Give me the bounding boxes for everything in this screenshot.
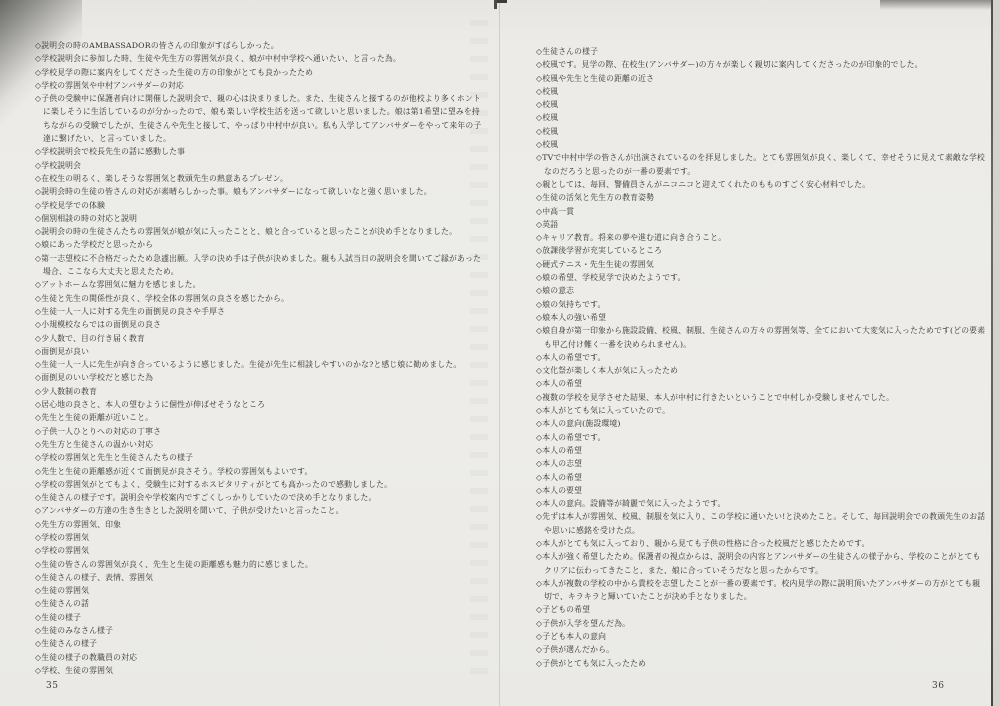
bullet-item: ◇校風や先生と生徒の距離の近さ (536, 72, 987, 85)
bullet-item: ◇学校の雰囲気や中村アンバサダーの対応 (35, 79, 487, 92)
bullet-item: ◇硬式テニス・先生生徒の雰囲気 (536, 258, 987, 271)
bullet-item: ◇校風です。見学の際、在校生(アンバサダー)の方々が楽しく親切に案内してくださっ… (536, 58, 987, 71)
bullet-item: ◇本人の要望 (536, 484, 987, 497)
page-number-right: 36 (932, 681, 944, 691)
bullet-item: ◇子どもの希望 (536, 603, 987, 616)
bullet-item: ◇先生方の雰囲気、印象 (35, 518, 487, 531)
bullet-item: ◇文化祭が楽しく本人が気に入ったため (536, 364, 987, 377)
bullet-item: ◇生徒の皆さんの雰囲気が良く、先生と生徒の距離感も魅力的に感じました。 (35, 558, 487, 571)
bullet-item: ◇学校説明会に参加した時、生徒や先生方の雰囲気が良く、娘が中村中学校へ通いたい、… (35, 52, 487, 65)
bullet-item: ◇校風 (536, 125, 987, 138)
bullet-item: ◇生徒と先生の関係性が良く、学校全体の雰囲気の良さを感じたから。 (35, 292, 487, 305)
bullet-item: ◇子供の受験中に保護者向けに開催した説明会で、親の心は決まりました。また、生徒さ… (35, 92, 487, 145)
bullet-item: ◇生徒一人一人に先生が向き合っているように感じました。生徒が先生に相談しやすいの… (35, 358, 487, 371)
bullet-item: ◇個別相談の時の対応と説明 (35, 212, 487, 225)
bullet-item: ◇本人の希望 (536, 471, 987, 484)
bullet-item: ◇本人が複数の学校の中から貴校を志望したことが一番の要素です。校内見学の際に説明… (536, 577, 987, 604)
bullet-item: ◇説明会の時の生徒さんたちの雰囲気が娘が気に入ったことと、娘と合っていると思った… (35, 225, 487, 238)
bullet-item: ◇面倒見が良い (35, 345, 487, 358)
bullet-item: ◇学校の雰囲気 (35, 544, 487, 557)
bullet-item: ◇校風 (536, 111, 987, 124)
scanned-document-spread: ◇説明会の時のAMBASSADORの皆さんの印象がすばらしかった。◇学校説明会に… (0, 0, 1000, 706)
bullet-item: ◇生徒の雰囲気 (35, 584, 487, 597)
bullet-item: ◇学校見学の際に案内をしてくださった生徒の方の印象がとても良かったため (35, 66, 487, 79)
bullet-item: ◇生徒の様子の教職員の対応 (35, 651, 487, 664)
bullet-item: ◇小規模校ならではの面倒見の良さ (35, 318, 487, 331)
bullet-item: ◇校風 (536, 98, 987, 111)
bullet-item: ◇娘の希望、学校見学で決めたようです。 (536, 271, 987, 284)
bullet-item: ◇娘本人の強い希望 (536, 311, 987, 324)
bullet-item: ◇複数の学校を見学させた結果、本人が中村に行きたいということで中村しか受験しませ… (536, 391, 987, 404)
bullet-item: ◇本人が強く希望したため。保護者の視点からは、説明会の内容とアンバサダーの生徒さ… (536, 550, 987, 577)
bullet-item: ◇学校見学での体験 (35, 199, 487, 212)
bullet-item: ◇生徒さんの様子 (35, 637, 487, 650)
bullet-item: ◇説明会時の生徒の皆さんの対応が素晴らしかった事。娘もアンバサダーになって欲しい… (35, 185, 487, 198)
bullet-item: ◇キャリア教育。将来の夢や進む道に向き合うこと。 (536, 231, 987, 244)
bullet-item: ◇生徒一人一人に対する先生の面倒見の良さや手厚さ (35, 305, 487, 318)
bullet-item: ◇本人の意向。設備等が綺麗で気に入ったようです。 (536, 497, 987, 510)
bullet-item: ◇本人の希望 (536, 444, 987, 457)
bullet-item: ◇先ずは本人が雰囲気、校風、制服を気に入り、この学校に通いたい!と決めたこと。そ… (536, 510, 987, 537)
bullet-item: ◇学校、生徒の雰囲気 (35, 664, 487, 677)
bullet-item: ◇面倒見のいい学校だと感じた為 (35, 371, 487, 384)
bullet-item: ◇本人がとても気に入っており、親から見ても子供の性格に合った校風だと感じたためで… (536, 537, 987, 550)
bullet-item: ◇生徒さんの様子 (536, 45, 987, 58)
bullet-item: ◇説明会の時のAMBASSADORの皆さんの印象がすばらしかった。 (35, 39, 487, 52)
bullet-item: ◇中高一貫 (536, 205, 987, 218)
bullet-item: ◇子ども本人の意向 (536, 630, 987, 643)
bullet-item: ◇少人数で、目の行き届く教育 (35, 332, 487, 345)
scan-right-edge-band (992, 0, 1000, 706)
bullet-item: ◇学校説明会で校長先生の話に感動した事 (35, 145, 487, 158)
bullet-item: ◇学校の雰囲気がとてもよく、受験生に対するホスピタリティがとても高かったので感動… (35, 478, 487, 491)
bullet-item: ◇先生と生徒の距離が近いこと。 (35, 411, 487, 424)
bullet-item: ◇少人数制の教育 (35, 385, 487, 398)
bullet-item: ◇先生と生徒の距離感が近くて面倒見が良さそう。学校の雰囲気もよいです。 (35, 465, 487, 478)
bullet-item: ◇学校の雰囲気と先生と生徒さんたちの様子 (35, 451, 487, 464)
bullet-item: ◇子供一人ひとりへの対応の丁寧さ (35, 425, 487, 438)
bullet-item: ◇本人の志望 (536, 457, 987, 470)
bullet-item: ◇娘にあった学校だと思ったから (35, 238, 487, 251)
scan-right-edge-line (991, 0, 993, 706)
bullet-item: ◇校風 (536, 138, 987, 151)
bullet-item: ◇娘の気持ちです。 (536, 298, 987, 311)
bullet-item: ◇本人の希望 (536, 377, 987, 390)
bullet-item: ◇生徒のみなさん様子 (35, 624, 487, 637)
bullet-item: ◇アンバサダーの方達の生き生きとした説明を聞いて、子供が受けたいと言ったこと。 (35, 504, 487, 517)
bullet-item: ◇学校の雰囲気 (35, 531, 487, 544)
bullet-item: ◇子供が入学を望んだ為。 (536, 617, 987, 630)
bullet-item: ◇TVで中村中学の皆さんが出演されているのを拝見しました。とても雰囲気が良く、楽… (536, 151, 987, 178)
bullet-item: ◇アットホームな雰囲気に魅力を感じました。 (35, 278, 487, 291)
bullet-item: ◇本人の希望です。 (536, 351, 987, 364)
bullet-item: ◇校風 (536, 85, 987, 98)
scan-corner-shadow-top-right (880, 0, 1000, 10)
bullet-item: ◇娘の意志 (536, 284, 987, 297)
bullet-item: ◇第一志望校に不合格だったため急遽出願。入学の決め手は子供が決めました。親も入試… (35, 252, 487, 279)
bullet-item: ◇生徒さんの話 (35, 597, 487, 610)
right-page-bullet-list: ◇生徒さんの様子◇校風です。見学の際、在校生(アンバサダー)の方々が楽しく親切に… (536, 45, 987, 670)
bullet-item: ◇生徒さんの様子です。説明会や学校案内ですごくしっかりしていたので決め手となりま… (35, 491, 487, 504)
bullet-item: ◇子供が選んだから。 (536, 643, 987, 656)
bullet-item: ◇生徒の活気と先生方の教育姿勢 (536, 191, 987, 204)
bullet-item: ◇本人がとても気に入っていたので。 (536, 404, 987, 417)
bullet-item: ◇英語 (536, 218, 987, 231)
bullet-item: ◇子供がとても気に入ったため (536, 657, 987, 670)
bullet-item: ◇本人の意向(施設環境) (536, 417, 987, 430)
bullet-item: ◇先生方と生徒さんの温かい対応 (35, 438, 487, 451)
bullet-item: ◇学校説明会 (35, 159, 487, 172)
bullet-item: ◇親としては、毎回、警備員さんがニコニコと迎えてくれたのもものすごく安心材料でし… (536, 178, 987, 191)
bullet-item: ◇生徒の様子 (35, 611, 487, 624)
left-page-bullet-list: ◇説明会の時のAMBASSADORの皆さんの印象がすばらしかった。◇学校説明会に… (35, 39, 487, 677)
bullet-item: ◇娘自身が第一印象から施設設備、校風、制服、生徒さんの方々の雰囲気等、全てにおい… (536, 324, 987, 351)
page-number-left: 35 (46, 681, 58, 691)
bullet-item: ◇在校生の明るく、楽しそうな雰囲気と教頭先生の熱意あるプレゼン。 (35, 172, 487, 185)
bullet-item: ◇放課後学習が充実しているところ (536, 244, 987, 257)
bullet-item: ◇本人の希望です。 (536, 431, 987, 444)
bullet-item: ◇生徒さんの様子、表情、雰囲気 (35, 571, 487, 584)
page-seam-line (499, 0, 500, 706)
page-seam-mark (494, 0, 497, 9)
bullet-item: ◇居心地の良さと、本人の望むように個性が伸ばせそうなところ (35, 398, 487, 411)
